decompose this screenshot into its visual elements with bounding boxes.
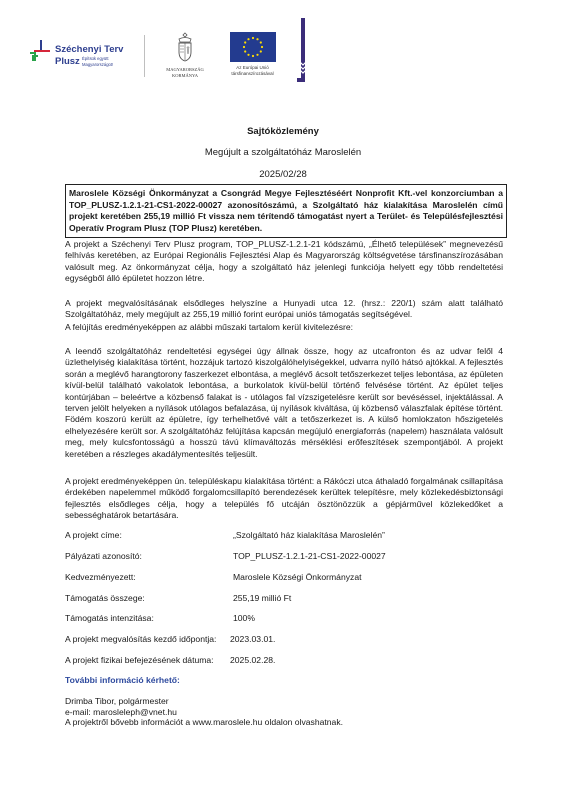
contact-heading: További információ kérhető: — [65, 675, 180, 685]
info-value: Maroslele Községi Önkormányzat — [233, 572, 361, 583]
paragraph-location: A projekt megvalósításának elsődleges he… — [65, 298, 503, 321]
szechenyi-plus: Plusz — [55, 56, 80, 67]
government-line-1: MAGYARORSZÁG — [160, 67, 210, 73]
info-label: A projekt címe: — [65, 530, 122, 541]
hungarian-government-logo: MAGYARORSZÁG KORMÁNYA — [160, 32, 210, 82]
szechenyi-cross-icon — [30, 40, 52, 62]
paragraph-technical-details: A leendő szolgáltatóház rendeltetési egy… — [65, 346, 503, 460]
decorative-chevron-bar — [297, 18, 307, 82]
summary-box: Maroslele Községi Önkormányzat a Csongrá… — [65, 184, 507, 238]
contact-email[interactable]: e-mail: marosleleph@vnet.hu — [65, 707, 343, 718]
szechenyi-tagline: Építsük együtt Magyarországot! — [82, 56, 113, 67]
logo-divider — [144, 35, 145, 77]
info-value: 100% — [233, 613, 255, 624]
szechenyi-terv-plusz-logo: Széchenyi Terv Plusz Építsük együtt Magy… — [30, 38, 130, 78]
info-value: „Szolgáltató ház kialakítása Maroslelén” — [233, 530, 385, 541]
document-date: 2025/02/28 — [0, 169, 566, 180]
eu-logo: Az Európai Unió társfinanszírozásával — [220, 32, 285, 82]
paragraph-town-gate: A projekt eredményeképpen ún. településk… — [65, 476, 503, 522]
info-label: Pályázati azonosító: — [65, 551, 142, 562]
info-label: A projekt megvalósítás kezdő időpontja: — [65, 634, 216, 645]
info-label: Támogatás intenzitása: — [65, 613, 154, 624]
info-value: TOP_PLUSZ-1.2.1-21-CS1-2022-00027 — [233, 551, 386, 562]
info-label: A projekt fizikai befejezésének dátuma: — [65, 655, 214, 666]
eu-line-2: társfinanszírozásával — [220, 71, 285, 77]
document-heading: Sajtóközlemény — [0, 126, 566, 137]
paragraph-intro: A projekt a Széchenyi Terv Plusz program… — [65, 239, 503, 285]
info-value: 255,19 millió Ft — [233, 593, 291, 604]
contact-block: Drimba Tibor, polgármester e-mail: maros… — [65, 696, 343, 728]
info-label: Kedvezményezett: — [65, 572, 136, 583]
page-header: Széchenyi Terv Plusz Építsük együtt Magy… — [0, 0, 566, 110]
tagline-line-2: Magyarországot! — [82, 62, 113, 68]
info-value: 2023.03.01. — [230, 634, 275, 645]
info-label: Támogatás összege: — [65, 593, 145, 604]
contact-more-info: A projektről bővebb információt a www.ma… — [65, 717, 343, 728]
szechenyi-title: Széchenyi Terv — [55, 44, 123, 55]
paragraph-technical-intro: A felújítás eredményeképpen az alábbi mű… — [65, 322, 503, 333]
coat-of-arms-icon — [174, 32, 196, 62]
government-line-2: KORMÁNYA — [160, 73, 210, 79]
eu-flag-icon — [230, 32, 276, 62]
contact-name: Drimba Tibor, polgármester — [65, 696, 343, 707]
document-subtitle: Megújult a szolgáltatóház Maroslelén — [0, 147, 566, 158]
tagline-line-1: Építsük együtt — [82, 56, 113, 62]
info-value: 2025.02.28. — [230, 655, 275, 666]
